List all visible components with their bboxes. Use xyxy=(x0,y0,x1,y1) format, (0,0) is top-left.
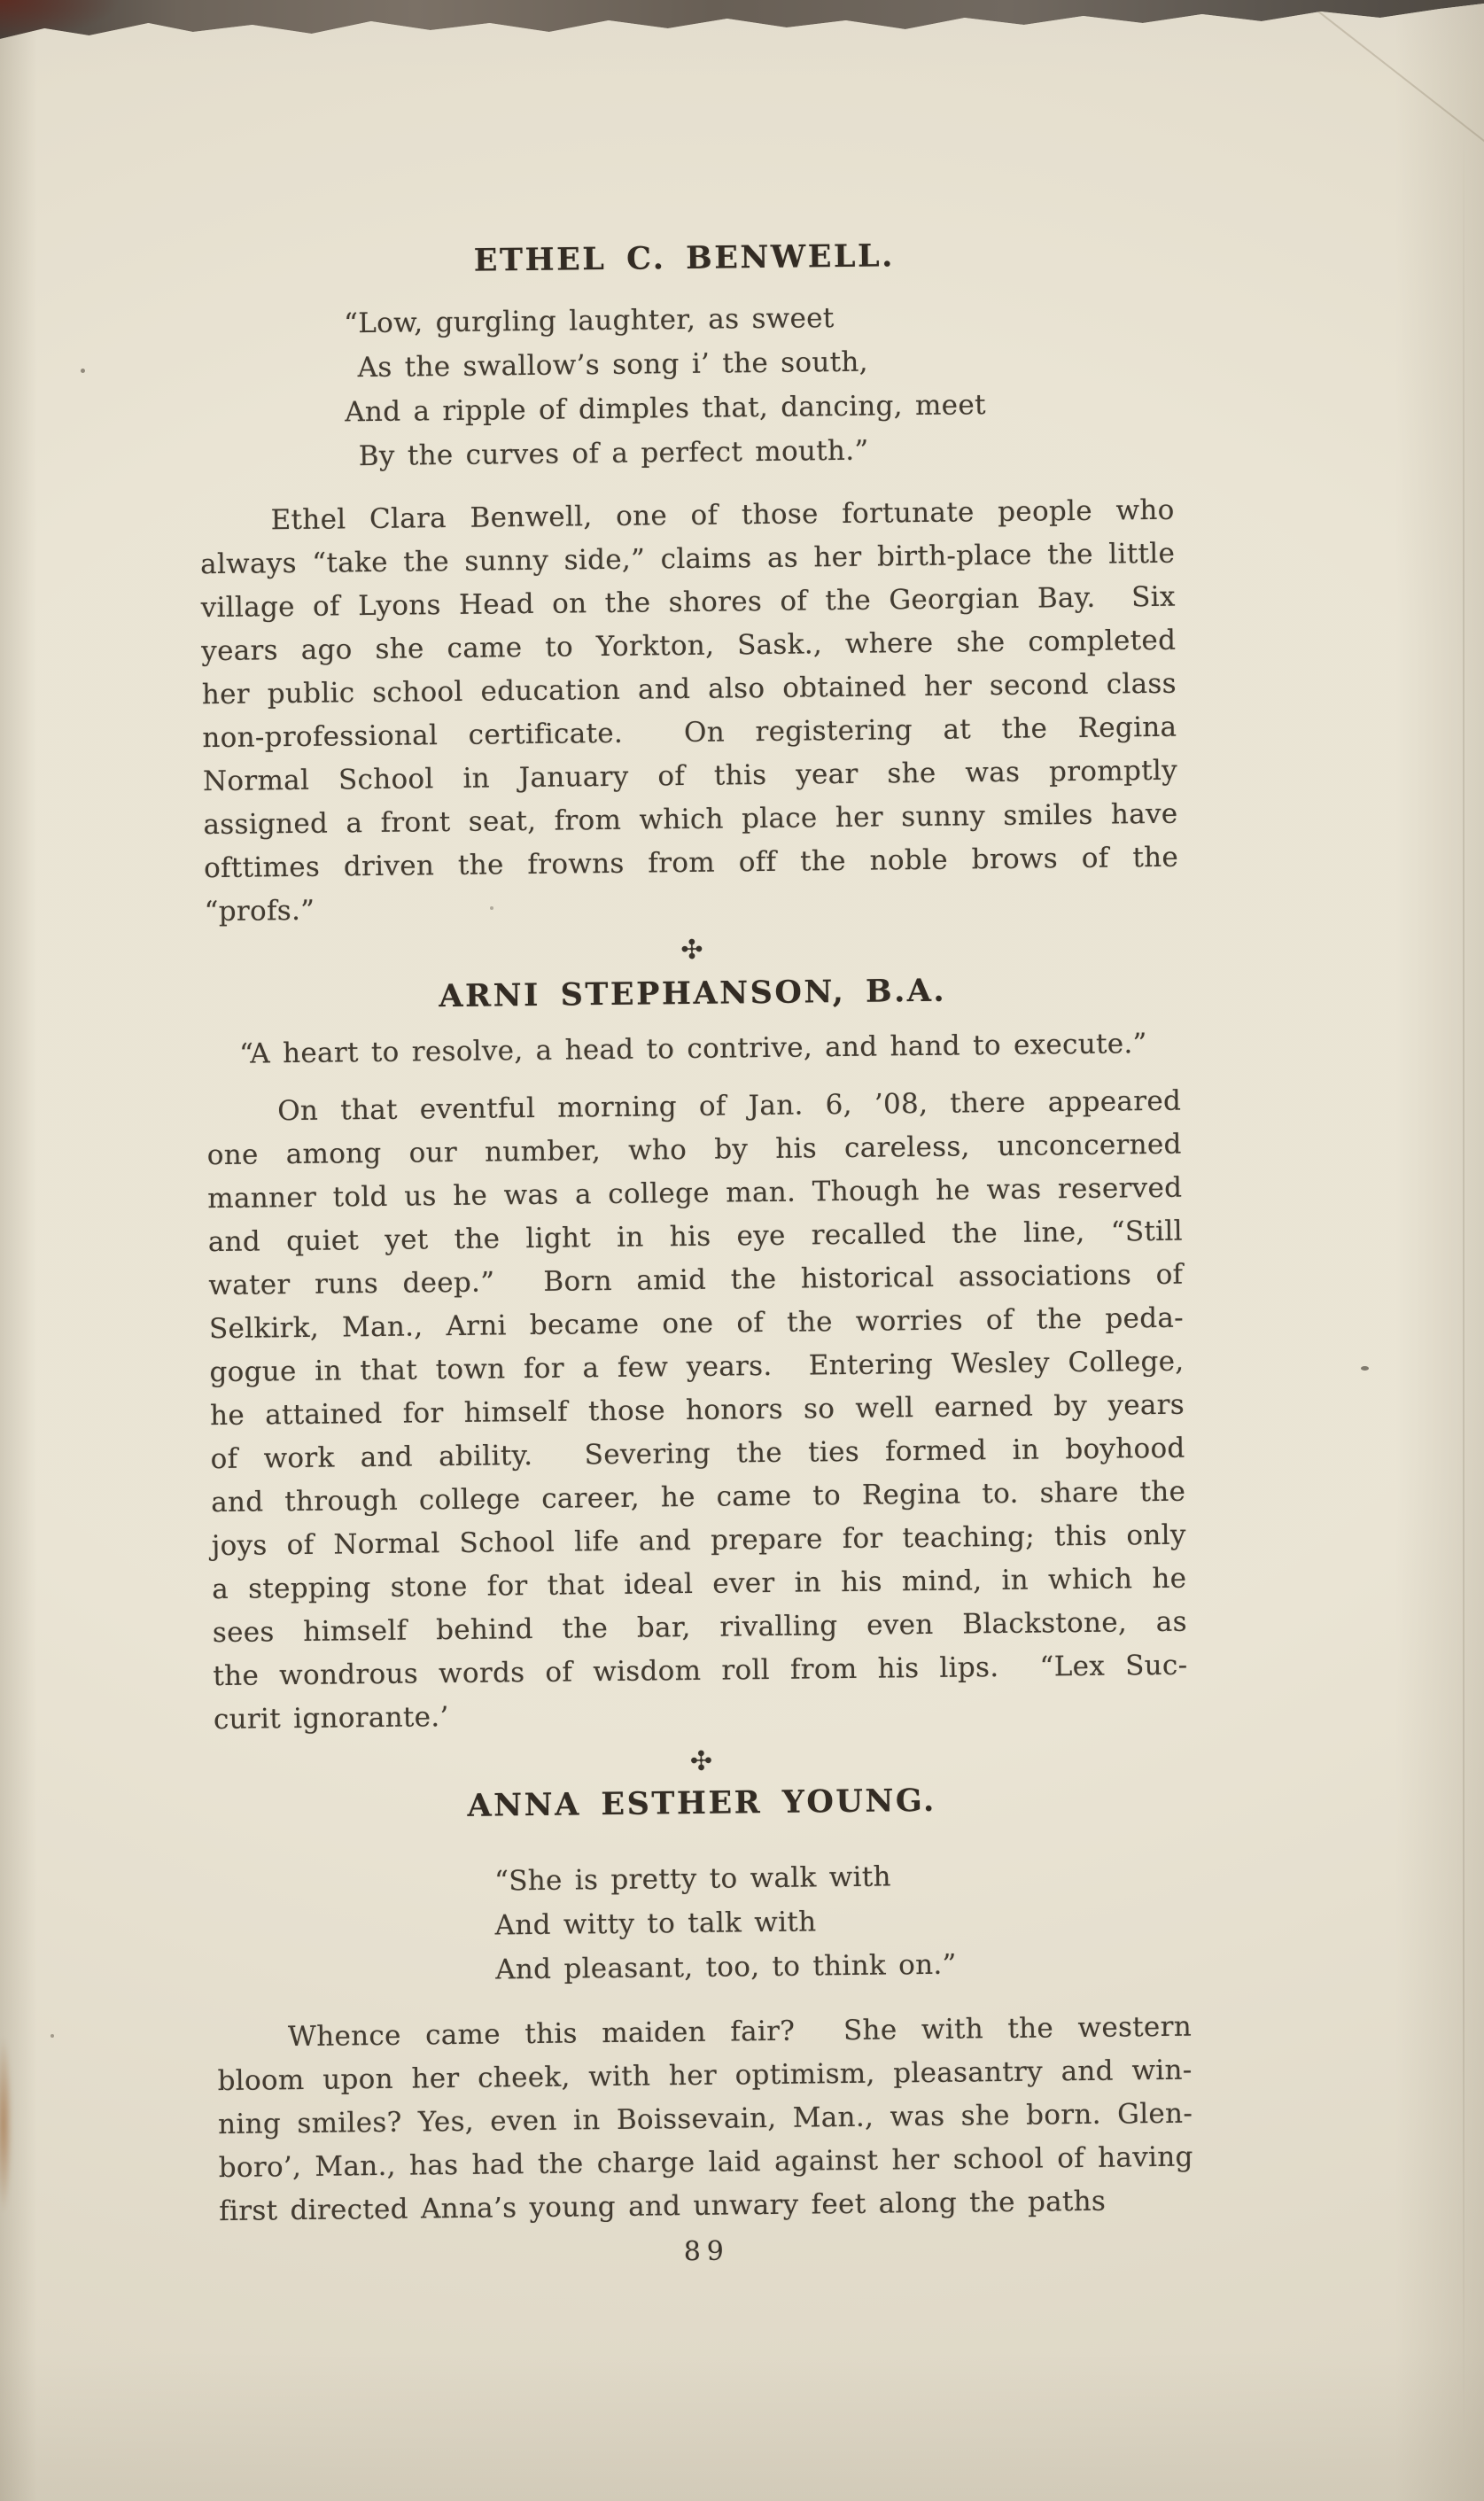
poem-stanza: “Low, gurgling laughter, as sweetAs the … xyxy=(344,292,1174,479)
section-title: ETHEL C. BENWELL. xyxy=(197,236,1171,282)
section-title: ARNI STEPHANSON, B.A. xyxy=(206,971,1180,1017)
fleuron-ornament-icon: ✣ xyxy=(205,930,1179,971)
poem-line: And witty to talk with xyxy=(494,1896,1191,1948)
poem-line: And pleasant, too, to think on.” xyxy=(495,1940,1192,1992)
section-title: ANNA ESTHER YOUNG. xyxy=(214,1781,1189,1827)
edge-stain xyxy=(0,2036,12,2213)
body-paragraph: Ethel Clara Benwell, one of those fortun… xyxy=(199,489,1178,934)
paper-speck xyxy=(490,906,493,910)
body-paragraph: Whence came this maiden fair? She with t… xyxy=(217,2006,1194,2233)
page-curve-shadow xyxy=(1463,124,1465,2448)
corner-fold-crease xyxy=(1300,0,1484,144)
poem-line: “She is pretty to walk with xyxy=(494,1852,1191,1904)
epigraph-quote: “A heart to resolve, a head to contrive,… xyxy=(206,1022,1180,1076)
section-anna-esther-young: ANNA ESTHER YOUNG. “She is pretty to wal… xyxy=(214,1781,1194,2233)
poem-stanza: “She is pretty to walk withAnd witty to … xyxy=(494,1852,1192,1992)
body-paragraph: On that eventful morning of Jan. 6, ’08,… xyxy=(206,1080,1188,1742)
fleuron-ornament-icon: ✣ xyxy=(214,1742,1188,1783)
paper-speck xyxy=(51,2034,54,2038)
paper-speck xyxy=(1361,1366,1369,1371)
poem-line: By the curves of a perfect mouth.” xyxy=(359,425,1175,478)
page-number: 89 xyxy=(220,2230,1194,2274)
paper-speck xyxy=(81,369,85,373)
content-column: ETHEL C. BENWELL. “Low, gurgling laughte… xyxy=(194,0,1194,2274)
section-arni-stephanson: ARNI STEPHANSON, B.A. “A heart to resolv… xyxy=(206,971,1189,1742)
page-paper: ETHEL C. BENWELL. “Low, gurgling laughte… xyxy=(0,0,1484,2501)
section-ethel-c-benwell: ETHEL C. BENWELL. “Low, gurgling laughte… xyxy=(197,236,1179,934)
